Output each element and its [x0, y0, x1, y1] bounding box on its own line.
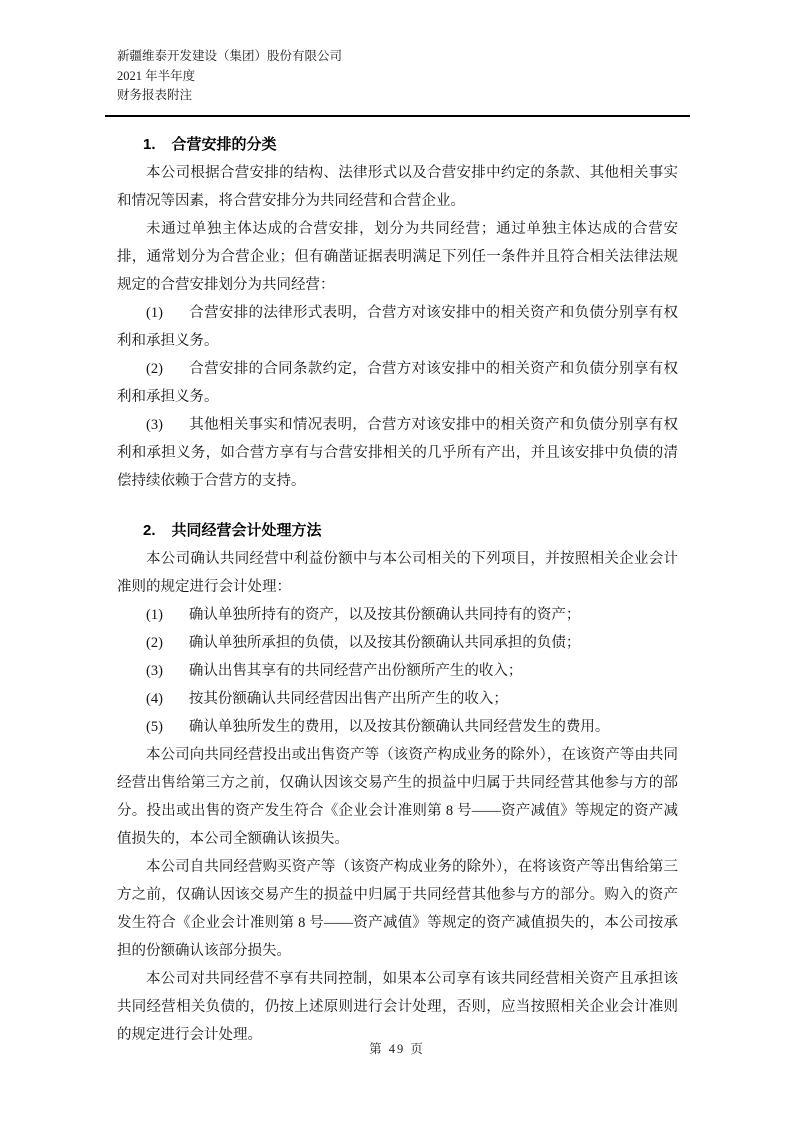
item-text: 确认单独所发生的费用，以及按其份额确认共同经营发生的费用。 — [189, 719, 610, 735]
paragraph: 本公司确认共同经营中利益份额中与本公司相关的下列项目，并按照相关企业会计准则的规… — [117, 545, 678, 601]
section-joint-operation-accounting: 2.共同经营会计处理方法 本公司确认共同经营中利益份额中与本公司相关的下列项目，… — [117, 517, 678, 1049]
list-item: (1)确认单独所持有的资产，以及按其份额确认共同持有的资产； — [117, 601, 678, 629]
paragraph: 本公司对共同经营不享有共同控制，如果本公司享有该共同经营相关资产且承担该共同经营… — [117, 965, 678, 1049]
list-item: (3)确认出售其享有的共同经营产出份额所产生的收入； — [117, 657, 678, 685]
page-number-footer: 第 49 页 — [0, 1039, 794, 1057]
list-item: (4)按其份额确认共同经营因出售产出所产生的收入； — [117, 685, 678, 713]
item-label: (3) — [146, 663, 163, 679]
item-label: (2) — [146, 635, 163, 651]
paragraph: 未通过单独主体达成的合营安排，划分为共同经营；通过单独主体达成的合营安排，通常划… — [117, 215, 678, 299]
item-text: 确认单独所承担的负债，以及按其份额确认共同承担的负债； — [189, 635, 581, 651]
paragraph-text: 本公司自共同经营购买资产等（该资产构成业务的除外），在将该资产等出售给第三方之前… — [117, 859, 678, 959]
list-item: (1)合营安排的法律形式表明，合营方对该安排中的相关资产和负债分别享有权利和承担… — [117, 299, 678, 355]
section-1-number: 1. — [143, 136, 156, 153]
list-item: (3)其他相关事实和情况表明，合营方对该安排中的相关资产和负债分别享有权利和承担… — [117, 411, 678, 495]
list-item: (5)确认单独所发生的费用，以及按其份额确认共同经营发生的费用。 — [117, 713, 678, 741]
item-label: (3) — [146, 417, 163, 433]
header-period: 2021 年半年度 — [117, 67, 678, 87]
section-2-heading: 2.共同经营会计处理方法 — [143, 517, 678, 545]
document-page: 新疆维泰开发建设（集团）股份有限公司 2021 年半年度 财务报表附注 1.合营… — [0, 0, 794, 1123]
item-label: (1) — [146, 305, 163, 321]
header-company-name: 新疆维泰开发建设（集团）股份有限公司 — [117, 47, 678, 67]
item-text: 确认出售其享有的共同经营产出份额所产生的收入； — [189, 663, 523, 679]
page-content: 新疆维泰开发建设（集团）股份有限公司 2021 年半年度 财务报表附注 1.合营… — [117, 47, 678, 1049]
item-label: (2) — [146, 361, 163, 377]
item-text: 合营安排的合同条款约定，合营方对该安排中的相关资产和负债分别享有权利和承担义务。 — [117, 361, 678, 405]
document-header: 新疆维泰开发建设（集团）股份有限公司 2021 年半年度 财务报表附注 — [117, 47, 678, 106]
item-label: (5) — [146, 719, 163, 735]
list-item: (2)合营安排的合同条款约定，合营方对该安排中的相关资产和负债分别享有权利和承担… — [117, 355, 678, 411]
section-2-number: 2. — [143, 522, 156, 539]
item-text: 按其份额确认共同经营因出售产出所产生的收入； — [189, 691, 508, 707]
section-1-heading: 1.合营安排的分类 — [143, 131, 678, 159]
paragraph-text: 未通过单独主体达成的合营安排，划分为共同经营；通过单独主体达成的合营安排，通常划… — [117, 221, 678, 293]
paragraph: 本公司向共同经营投出或出售资产等（该资产构成业务的除外），在该资产等由共同经营出… — [117, 741, 678, 853]
section-joint-arrangement-classification: 1.合营安排的分类 本公司根据合营安排的结构、法律形式以及合营安排中约定的条款、… — [117, 131, 678, 495]
paragraph-text: 本公司对共同经营不享有共同控制，如果本公司享有该共同经营相关资产且承担该共同经营… — [117, 971, 678, 1043]
paragraph-text: 本公司向共同经营投出或出售资产等（该资产构成业务的除外），在该资产等由共同经营出… — [117, 747, 678, 847]
item-text: 其他相关事实和情况表明，合营方对该安排中的相关资产和负债分别享有权利和承担义务，… — [117, 417, 678, 489]
section-2-title: 共同经营会计处理方法 — [172, 522, 322, 539]
item-text: 确认单独所持有的资产，以及按其份额确认共同持有的资产； — [189, 607, 581, 623]
paragraph: 本公司根据合营安排的结构、法律形式以及合营安排中约定的条款、其他相关事实和情况等… — [117, 159, 678, 215]
header-doc-title: 财务报表附注 — [117, 86, 678, 106]
header-rule-divider — [105, 115, 690, 117]
item-label: (1) — [146, 607, 163, 623]
section-1-title: 合营安排的分类 — [172, 136, 277, 153]
paragraph: 本公司自共同经营购买资产等（该资产构成业务的除外），在将该资产等出售给第三方之前… — [117, 853, 678, 965]
paragraph-text: 本公司根据合营安排的结构、法律形式以及合营安排中约定的条款、其他相关事实和情况等… — [117, 165, 678, 209]
item-label: (4) — [146, 691, 163, 707]
item-text: 合营安排的法律形式表明，合营方对该安排中的相关资产和负债分别享有权利和承担义务。 — [117, 305, 678, 349]
paragraph-text: 本公司确认共同经营中利益份额中与本公司相关的下列项目，并按照相关企业会计准则的规… — [117, 551, 678, 595]
list-item: (2)确认单独所承担的负债，以及按其份额确认共同承担的负债； — [117, 629, 678, 657]
